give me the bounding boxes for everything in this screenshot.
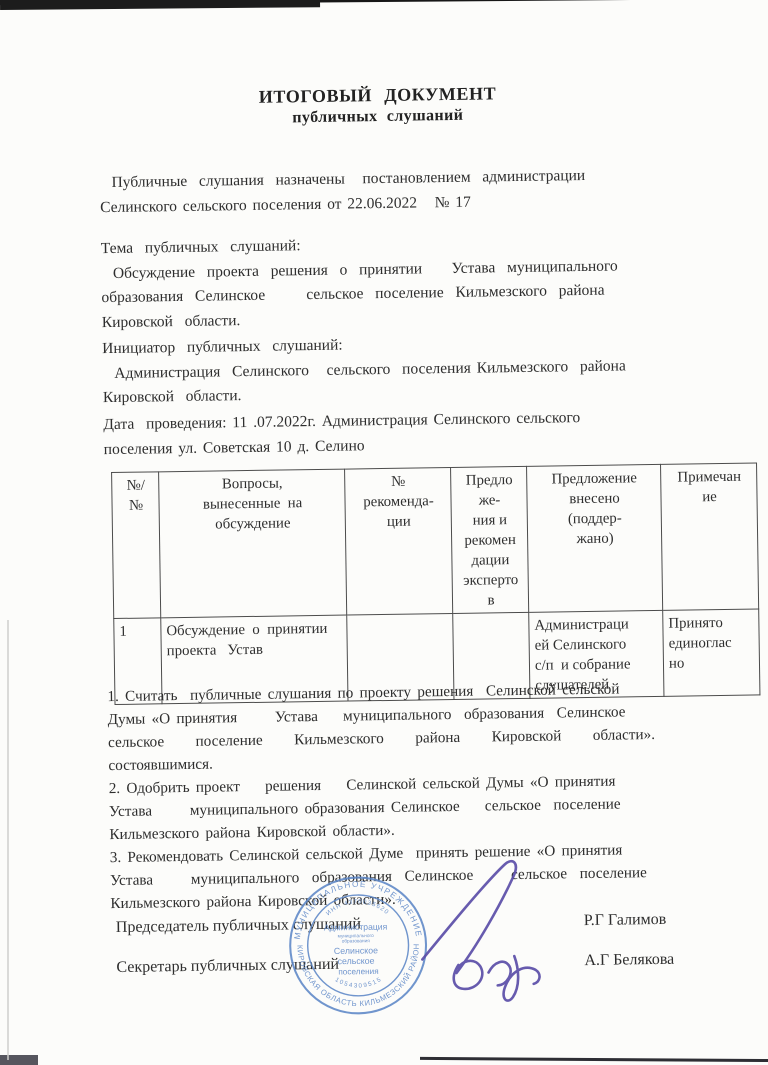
header-expert-proposals: Предло же- ния и рекомен дации эксперто … — [451, 466, 529, 613]
paragraph-appointment: Публичные слушания назначены постановлен… — [100, 161, 719, 220]
signature-stroke-loop — [453, 961, 482, 989]
header-number: №/ № — [112, 472, 161, 619]
chairman-name: Р.Г Галимов — [584, 911, 667, 930]
table-header-row: №/ № Вопросы, вынесенные на обсуждение №… — [112, 463, 759, 619]
signature-stroke-tail — [503, 956, 540, 1001]
paragraph-initiator: Инициатор публичных слушаний: Администра… — [102, 328, 721, 411]
document-content: ИТОГОВЫЙ ДОКУМЕНТ публичных слушаний Пуб… — [0, 0, 768, 1065]
header-recommendation-no: № рекоменда- ции — [345, 468, 453, 616]
header-questions: Вопросы, вынесенные на обсуждение — [159, 469, 347, 618]
scan-edge-left-line — [7, 620, 9, 1060]
paragraph-topic: Тема публичных слушаний: Обсуждение прое… — [101, 228, 720, 335]
handwritten-signature — [401, 843, 574, 1016]
scanned-page: ИТОГОВЫЙ ДОКУМЕНТ публичных слушаний Пуб… — [0, 0, 768, 1065]
secretary-name: А.Г Белякова — [584, 951, 674, 970]
document-title: ИТОГОВЫЙ ДОКУМЕНТ публичных слушаний — [0, 78, 762, 132]
stamp-center-text: Администрация муниципального образования… — [324, 915, 393, 976]
paragraph-date-place: Дата проведения: 11 .07.2022г. Администр… — [103, 403, 722, 462]
hearings-table: №/ № Вопросы, вынесенные на обсуждение №… — [111, 462, 760, 705]
signature-stroke-flourish — [421, 861, 518, 973]
stamp-ogrn-text: 1054309515 — [334, 976, 384, 990]
header-note: Примечан ие — [661, 463, 759, 610]
header-proposal-by: Предложение внесено (поддер- жано) — [527, 464, 663, 612]
scan-edge-bottom-left — [0, 1055, 38, 1065]
